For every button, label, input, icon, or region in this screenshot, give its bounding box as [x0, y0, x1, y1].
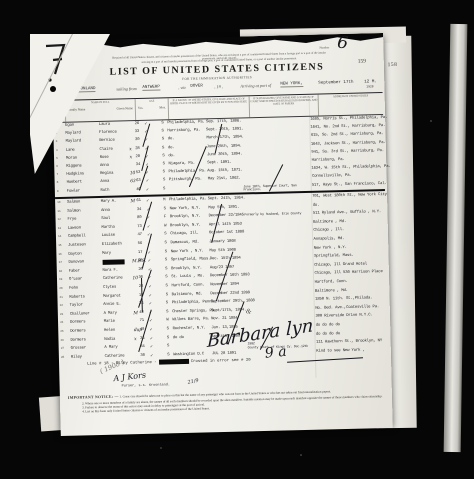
cell-giv: Saul — [101, 216, 131, 221]
col-naturalized: IF NATURALIZED, GIVE NAME AND LOCATION O… — [249, 95, 318, 118]
cell-fam: Frye — [67, 217, 101, 222]
manifest-page: Required of all United States citizens, … — [51, 36, 392, 436]
cell-chk: ✓ — [148, 259, 165, 264]
cell-chk: ✓ — [146, 198, 163, 203]
cell-place: Pittsburgh, Pa. — [169, 178, 208, 183]
cell-n: 5 — [56, 157, 66, 160]
cell-giv: Rose — [100, 155, 130, 160]
book-edge-sliver — [444, 24, 468, 452]
ink-signature-line2: 9 a — [264, 344, 287, 362]
cell-fam: Taylor — [70, 303, 104, 308]
cell-addr: 615, So. 2nd St., Harrisburg, Pa. — [311, 132, 384, 138]
cell-fam: Maylard — [66, 139, 100, 144]
cell-fam: Maylard — [65, 131, 99, 136]
cell-n: 24 — [60, 321, 70, 324]
cell-date — [208, 185, 244, 186]
cell-age: 34 — [136, 163, 146, 167]
cell-addr: Kind to see New York , — [316, 348, 389, 354]
cell-age: 30 — [140, 353, 150, 357]
cell-age: 33 — [135, 130, 145, 134]
cell-fam: Riley — [71, 355, 105, 360]
arrival-time: 12 M. — [364, 80, 377, 84]
cell-giv: Florence — [99, 130, 129, 135]
cell-fam: Dormers — [70, 337, 104, 342]
cell-place: Chicago, Ill. — [170, 232, 209, 237]
cell-n: 27 — [61, 347, 71, 350]
cell-date: Sep. 17th, 1886. — [206, 119, 242, 124]
cell-n: 14 — [58, 235, 68, 238]
cell-giv — [102, 259, 132, 265]
cell-chk: ✓ — [149, 310, 166, 315]
cell-giv: Laura — [99, 122, 129, 127]
cell-chk: ✓ — [145, 154, 162, 159]
cell-fam: Dayton — [68, 251, 102, 256]
cell-place: Philadelphia, Penna. — [172, 300, 211, 305]
cell-age: 40 — [136, 187, 146, 191]
correction-note-suffix: Crossed in error see # 20 — [191, 359, 251, 364]
cell-chk: ✓ — [144, 121, 161, 126]
port-of-arrival: NEW YORK, — [280, 82, 303, 88]
cell-chk: ✓ — [145, 138, 162, 143]
cell-date: JUL 28 1891 — [212, 351, 248, 356]
cell-giv: Anna — [101, 208, 131, 213]
cell-giv: Louise — [102, 234, 132, 239]
cell-addr: Chicago, Ill Grand Hotel — [314, 262, 387, 268]
cell-n: 18 — [59, 270, 69, 273]
cell-n: 16 — [58, 252, 68, 255]
cell-addr: 1850 N. 11th. St.,Philada. — [315, 296, 387, 302]
cell-addr: Baltimore , Md. — [315, 288, 388, 294]
cell-fam: Salmon — [67, 200, 101, 205]
cell-giv: Mary — [102, 251, 132, 256]
cell-place: Damascus, Md. — [170, 240, 209, 245]
cell-fam: Grosser — [71, 346, 105, 351]
arriving-label: Arriving at port of — [240, 83, 271, 89]
cell-date: December 22/1845 — [209, 214, 245, 219]
cell-st: S — [167, 344, 173, 348]
cell-n: 25 — [60, 330, 70, 333]
cell-addr: Chicago, Ill 530 Harrison Place — [314, 270, 387, 276]
redaction-box — [102, 260, 124, 265]
cell-chk: ✓ — [148, 241, 165, 246]
cell-giv: Marie — [104, 319, 134, 324]
cell-giv: A Mary — [104, 345, 134, 350]
redaction-box — [159, 359, 189, 364]
cell-giv: Ruth — [100, 188, 130, 193]
cell-n: 3 — [56, 140, 66, 143]
cell-addr: do do do do — [316, 330, 389, 336]
cell-n: 21 — [59, 295, 69, 298]
cell-addr: 1641, No. 2nd St., Harrisburg, Pa. — [310, 124, 383, 130]
cell-place: Wilkes Barre, Pa. — [172, 318, 211, 323]
cell-date: Sept. 1891. — [207, 160, 243, 165]
cell-n: 15 — [58, 244, 68, 247]
cell-addr: 300 Riverside Drive N.Y.C. — [315, 313, 388, 319]
cell-chk: ✓ — [150, 327, 167, 332]
cell-addr: do. — [313, 202, 386, 208]
number-label: Number — [319, 45, 329, 49]
hole-punch — [50, 86, 56, 92]
cell-place: Harrisburg, Pa. — [167, 129, 206, 134]
cell-place: Philadelphia, Pa. — [169, 169, 208, 174]
cell-age: 34 — [137, 207, 147, 211]
date-blank: , 19 , — [214, 84, 222, 89]
cell-giv: Anna — [100, 180, 130, 185]
scan-speck — [300, 454, 302, 456]
cell-n: 19 — [59, 278, 69, 281]
cell-addr: 941, So. 3rd St., Harrisburg, Pa. — [311, 149, 384, 155]
cell-age: 34 — [140, 345, 150, 349]
cell-chk: ✓ — [150, 353, 167, 358]
cell-chk: ✓ — [150, 336, 167, 341]
cell-date: Sept. 24th, 1864. — [208, 196, 244, 201]
cell-chk: ✓ — [147, 216, 164, 221]
cell-fam: Challoner — [70, 312, 104, 317]
cell-n: 22 — [60, 304, 70, 307]
cell-age: 42 — [139, 311, 149, 315]
cell-n: 20 — [59, 287, 69, 290]
cell-giv: Mary A. — [101, 199, 131, 204]
cell-giv: A Mary — [104, 311, 134, 316]
cell-giv: Nora F. — [102, 268, 132, 273]
cell-date: January 1868 — [209, 239, 245, 244]
cell-court — [244, 195, 312, 197]
important-notice: IMPORTANT NOTICE: — 1. Great care should… — [68, 388, 386, 415]
cell-giv: Regina — [100, 171, 130, 176]
cell-n: 28 — [61, 355, 71, 358]
cell-giv: Clytes — [103, 285, 133, 290]
cell-place: do. — [168, 145, 207, 150]
cell-date: June 30th, 1894. — [207, 152, 243, 157]
cell-giv: Catherine — [103, 277, 133, 282]
cell-date: Nov. 21 1884 — [211, 317, 247, 322]
col-age: AGE Yrs.Mos. — [135, 98, 169, 120]
cell-fam: Hodgkins — [66, 172, 100, 177]
cell-date: November 1894 — [210, 282, 246, 287]
cell-chk: ✓ — [146, 171, 163, 176]
cell-fam: Huebert — [67, 180, 101, 185]
cell-age: 56 — [138, 242, 148, 246]
purser-signature: A J Kors — [113, 371, 146, 384]
cell-fam: Riggens — [66, 164, 100, 169]
cell-n: 4 — [56, 148, 66, 151]
cell-date: Dec. 15th 1894 — [210, 257, 246, 262]
cell-place: St. Louis , Mo. — [171, 275, 210, 280]
cell-fam: Faber — [69, 269, 103, 274]
cell-age: 20 — [138, 268, 148, 272]
cell-place: do do — [173, 335, 212, 340]
cell-giv: Bernice — [99, 139, 129, 144]
cell-addr: No. Bed. Ave.,Coatesville Pa. — [315, 305, 388, 311]
cell-fam: Lane — [66, 148, 100, 153]
cell-addr: Chicago , Ill. — [313, 227, 386, 233]
cell-giv: Nadia — [104, 337, 134, 342]
cell-court: Formerly by husband, Erie County — [244, 212, 313, 217]
cell-n: 9 — [57, 189, 67, 192]
cell-place: Hartford, Conn. — [171, 283, 210, 288]
scan-speck — [160, 447, 162, 449]
cell-place: Brooklyn, N.Y. — [170, 215, 209, 220]
cell-age: 47 — [137, 233, 147, 237]
cell-giv: Martha — [101, 225, 131, 230]
arrival-year: 1928 — [366, 85, 373, 88]
cell-chk: ✓ — [149, 302, 166, 307]
handwritten-date-mark: 21/9 — [187, 378, 199, 386]
cell-place: Niagara, Pa. — [168, 161, 207, 166]
cell-date: December 16th 1893 — [210, 274, 246, 279]
cell-fam: Roberts — [69, 294, 103, 299]
via-label: , via — [178, 85, 185, 90]
cell-fam: Fowler — [67, 188, 101, 193]
cell-date: Aug. 15th, 1871. — [207, 169, 243, 174]
cell-addr: New York , N.Y. — [314, 245, 387, 251]
cell-chk: ✓ — [149, 293, 166, 298]
cell-date: May 5th 1908 — [209, 248, 245, 253]
cell-n: 23 — [60, 312, 70, 315]
cell-chk: ✓ — [147, 224, 164, 229]
cell-addr: Harrisburg, Pa. — [312, 157, 385, 163]
cell-date: March 17th, 1894. — [206, 136, 242, 141]
cell-fam: O'Lear — [69, 277, 103, 282]
cell-place: Rochester, N.Y. — [173, 326, 212, 331]
cell-n: 6 — [56, 165, 66, 168]
cell-place: Philadelphia, Pa. — [169, 197, 208, 202]
cell-place: Washington D.C — [173, 352, 212, 357]
cell-fam: Donovan — [69, 260, 103, 265]
cell-addr: 1685, Norris St., Philadelphia, Pa. — [310, 116, 383, 122]
purser-typed-title: Purser, s.s. Kroonland. — [122, 383, 170, 388]
cell-addr: 701, West 180th St., New York City — [312, 193, 385, 199]
cell-chk: ✓ — [146, 187, 163, 192]
cell-fam: Campbell — [68, 234, 102, 239]
stamped-page-number: 159 — [358, 58, 366, 64]
cell-date: June 25th, 1894. — [207, 144, 243, 149]
cell-place: Baltimore, Md. — [172, 292, 211, 297]
cell-place: Chester Springs, Pa. — [172, 309, 211, 314]
scanned-manifest-photo: 158 Required of all United States citize… — [0, 0, 474, 479]
behind-page-number: 158 — [388, 62, 398, 68]
cell-chk: ✓ — [148, 276, 165, 281]
cell-place: Springfield, Mass. — [171, 257, 210, 262]
cell-addr: 1643, Jackson St., Harrisburg, Pa. — [311, 141, 384, 147]
cell-n: 12 — [58, 218, 68, 221]
sailing-from-label: sailing from — [116, 86, 136, 91]
cell-age: 26 — [135, 122, 145, 126]
cell-n: 13 — [58, 227, 68, 230]
cell-n: 8 — [57, 181, 67, 184]
cell-age: 28 — [135, 146, 145, 150]
cell-fam: Dormers — [70, 320, 104, 325]
cell-chk: ✓ — [148, 250, 165, 255]
cell-fam: Salmon — [67, 209, 101, 214]
cell-place: Philadelphia, Pa. — [167, 120, 206, 125]
cell-fam: Moran — [66, 156, 100, 161]
cell-date: December 22nd 1899 — [210, 291, 246, 296]
cell-fam: Dormers — [70, 329, 104, 334]
cell-addr: 1634, W. 15th St., Philadelphia, Pa. — [311, 165, 384, 171]
cell-n: 17 — [59, 261, 69, 264]
cell-giv: Anna — [100, 163, 130, 168]
cell-st: S — [163, 187, 169, 191]
cell-addr: Annapolis, Md. — [314, 236, 387, 242]
cell-addr: Baltimore , Md. — [313, 219, 386, 225]
cell-addr: 111 Hawthorn St., Brooklyn, NY — [316, 339, 389, 345]
cell-addr: Springfield, Mass. — [314, 253, 387, 259]
cell-giv: Helen — [104, 328, 134, 333]
cell-fam: Egan — [65, 123, 99, 128]
cell-n: 11 — [57, 209, 67, 212]
cell-chk: ✓ — [146, 179, 163, 184]
cell-giv: Annie E. — [103, 302, 133, 307]
cell-fam: Fehn — [69, 286, 103, 291]
cell-age: 61 — [136, 199, 146, 203]
cell-chk: ✓ — [149, 319, 166, 324]
cell-fam: Justesen — [68, 243, 102, 248]
cell-n: 10 — [57, 201, 67, 204]
cell-date: Sept. 20th, 1891. — [206, 128, 242, 133]
col-name: NAME IN FULL Family NameGiven Name — [65, 99, 135, 122]
scan-speck — [430, 120, 432, 122]
cell-addr: 511 Ryland Ave., Buffalo , N.Y. — [313, 210, 386, 216]
cell-giv: Claire — [99, 147, 129, 152]
cell-fam: Lawson — [68, 226, 102, 231]
cell-addr: Connellsville, Pa. — [312, 173, 385, 179]
arrival-date: September 17th — [318, 81, 353, 86]
cell-place: Brooklyn, N.Y. — [171, 266, 210, 271]
important-notice-label: IMPORTANT NOTICE: — — [68, 395, 119, 400]
cell-giv: Margaret — [103, 294, 133, 299]
cell-chk: ✓ — [150, 344, 167, 349]
cell-place: do. — [168, 137, 207, 142]
handwritten-sheet-number: 6 — [336, 32, 349, 53]
cell-addr: do do do do — [316, 322, 389, 328]
cell-date: May 5th, 1891. — [208, 205, 244, 210]
cell-addr: 517, Haye St., San Francisco, Cal. — [312, 182, 385, 188]
cell-giv: Elizabeth — [102, 242, 132, 247]
cell-place: Brooklyn, N.Y. — [170, 223, 209, 228]
col-native: IF A NATIVE OF UNITED STATES, GIVE DATE … — [168, 96, 249, 119]
col-address: ADDRESS IN UNITED STATES — [318, 93, 383, 116]
cell-place: New York, N.Y. — [170, 206, 209, 211]
cell-addr: Hartford, Conn. — [315, 279, 388, 285]
via-port: DOVER — [190, 84, 203, 88]
cell-date: May 21st, 1862. — [208, 177, 244, 182]
port-of-departure: ANTWERP — [142, 85, 160, 90]
cell-chk: ✓ — [149, 284, 166, 289]
cell-n: 26 — [60, 338, 70, 341]
cell-place: New York , N.Y. — [171, 249, 210, 254]
cell-n: 7 — [56, 173, 66, 176]
